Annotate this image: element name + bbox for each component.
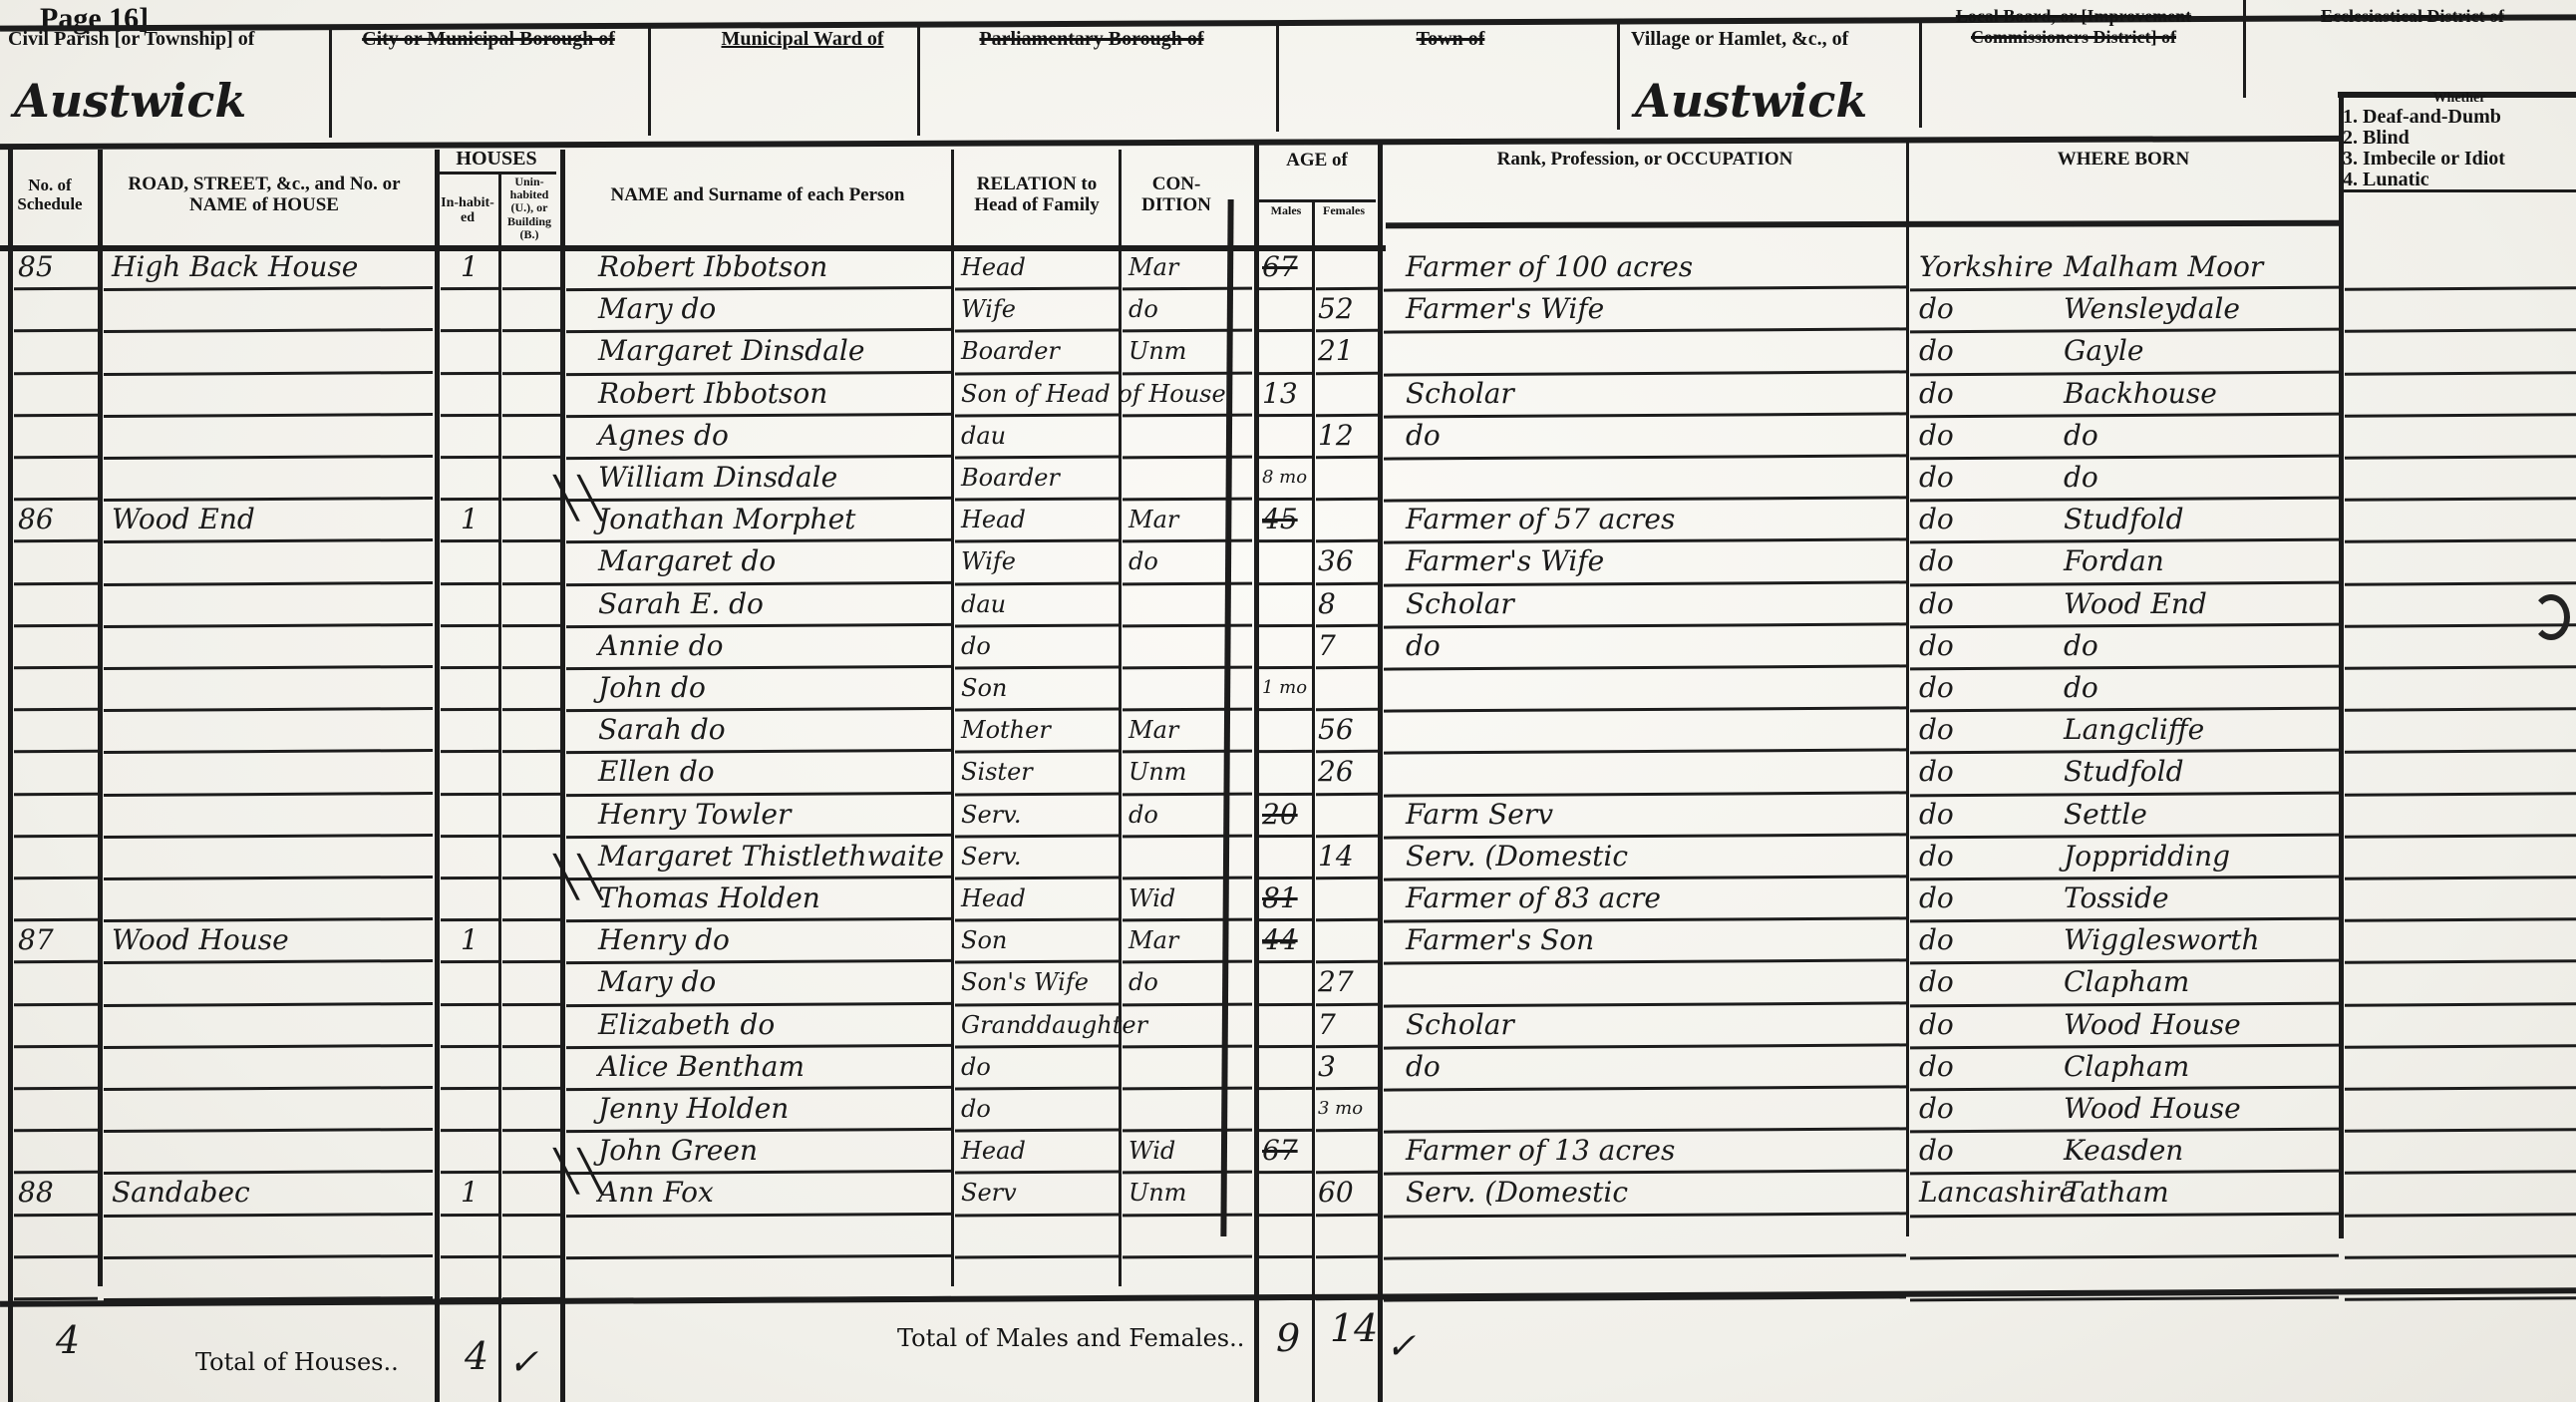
schedule-number [18, 331, 88, 373]
occupation: do [1406, 626, 1904, 668]
divider [917, 26, 920, 136]
female-age [1318, 458, 1378, 500]
female-age: 52 [1318, 289, 1378, 331]
house-name [112, 1005, 431, 1047]
marital-condition [1128, 1089, 1224, 1131]
male-age [1262, 416, 1312, 458]
disability-option-1: 1. Deaf-and-Dumb [2343, 107, 2576, 128]
marital-condition [1128, 1047, 1224, 1089]
marital-condition: Wid [1128, 1131, 1224, 1173]
birth-place: do [2064, 668, 2333, 710]
col-males: Males [1260, 203, 1312, 218]
female-age: 12 [1318, 416, 1378, 458]
marital-condition: Unm [1128, 331, 1224, 373]
table-row: 88Sandabec1Ann FoxServUnm60Serv. (Domest… [0, 1173, 2576, 1215]
table-row: Thomas HoldenHeadWid81Farmer of 83 acred… [0, 878, 2576, 920]
male-age [1262, 626, 1312, 668]
person-name [598, 1216, 947, 1257]
civil-parish-value: Austwick [14, 74, 246, 128]
schedule-number [18, 752, 88, 794]
birth-county [1919, 1216, 2049, 1257]
birth-county: do [1919, 584, 2049, 626]
relation-to-head [961, 1216, 1121, 1257]
relation-to-head: Head [961, 878, 1121, 920]
person-name: Ann Fox [598, 1173, 947, 1215]
town-label: Town of [1286, 22, 1615, 51]
schedule-number [18, 289, 88, 331]
birth-county: do [1919, 837, 2049, 878]
inhabited-count [461, 962, 490, 1004]
marital-condition [1128, 458, 1224, 500]
total-schedules: 4 [56, 1318, 80, 1362]
inhabited-count: 1 [461, 920, 490, 962]
birth-county: do [1919, 500, 2049, 541]
schedule-number [18, 1047, 88, 1089]
person-name: Agnes do [598, 416, 947, 458]
relation-to-head: Serv [961, 1173, 1121, 1215]
inhabited-count [461, 795, 490, 837]
occupation [1406, 668, 1904, 710]
col-inhabited: In-habit-ed [439, 175, 496, 245]
ecclesiastical-label: Ecclesiastical District of [2253, 0, 2572, 27]
occupation: Farm Serv [1406, 795, 1904, 837]
female-age: 56 [1318, 710, 1378, 752]
inhabited-count [461, 374, 490, 416]
female-age: 14 [1318, 837, 1378, 878]
total-males: 9 [1276, 1316, 1300, 1360]
person-name: Ellen do [598, 752, 947, 794]
table-row: Margaret doWifedo36Farmer's WifedoFordan [0, 541, 2576, 583]
disability-option-2: 2. Blind [2343, 128, 2576, 149]
person-name: Margaret do [598, 541, 947, 583]
inhabited-count: 1 [461, 1173, 490, 1215]
person-name: Mary do [598, 289, 947, 331]
house-name [112, 374, 431, 416]
occupation [1406, 710, 1904, 752]
marital-condition: Mar [1128, 920, 1224, 962]
schedule-number: 85 [18, 247, 88, 289]
marital-condition: Mar [1128, 710, 1224, 752]
male-age [1262, 289, 1312, 331]
household-marker-icon: ╲╲ [554, 476, 602, 522]
house-name [112, 626, 431, 668]
person-name: Henry do [598, 920, 947, 962]
birth-place: Studfold [2064, 752, 2333, 794]
inhabited-count [461, 458, 490, 500]
birth-place: Backhouse [2064, 374, 2333, 416]
person-name: Alice Bentham [598, 1047, 947, 1089]
inhabited-count [461, 541, 490, 583]
birth-place: Tosside [2064, 878, 2333, 920]
relation-to-head: Granddaughter [961, 1005, 1121, 1047]
female-age [1318, 374, 1378, 416]
marital-condition: do [1128, 962, 1224, 1004]
relation-to-head: Serv. [961, 837, 1121, 878]
marital-condition: Mar [1128, 247, 1224, 289]
male-age: 67 [1262, 1131, 1312, 1173]
male-age [1262, 331, 1312, 373]
birth-county: do [1919, 710, 2049, 752]
birth-place: Wood House [2064, 1005, 2333, 1047]
relation-to-head: Son of Head of House [961, 374, 1121, 416]
female-age [1318, 500, 1378, 541]
parliamentary-borough-cell: Parliamentary Borough of [927, 22, 1256, 140]
house-name [112, 1047, 431, 1089]
inhabited-count [461, 710, 490, 752]
birth-county: Lancashire [1919, 1173, 2049, 1215]
person-name: John Green [598, 1131, 947, 1173]
schedule-number [18, 1131, 88, 1173]
table-row: Mary doWifedo52Farmer's WifedoWensleydal… [0, 289, 2576, 331]
person-name [598, 1257, 947, 1299]
house-name [112, 416, 431, 458]
table-row [0, 1216, 2576, 1257]
male-age: 44 [1262, 920, 1312, 962]
col-females: Females [1314, 203, 1374, 218]
divider [1919, 20, 1922, 128]
col-schedule: No. of Schedule [6, 150, 94, 241]
table-row: Margaret ThistlethwaiteServ.14Serv. (Dom… [0, 837, 2576, 878]
inhabited-count [461, 331, 490, 373]
occupation: do [1406, 416, 1904, 458]
occupation [1406, 1216, 1904, 1257]
village-value: Austwick [1635, 74, 1867, 128]
table-row: 85High Back House1Robert IbbotsonHeadMar… [0, 247, 2576, 289]
relation-to-head: Wife [961, 289, 1121, 331]
relation-to-head: dau [961, 584, 1121, 626]
check-mark: ✓ [508, 1342, 538, 1383]
village-label: Village or Hamlet, &c., of [1625, 22, 1914, 51]
house-name: High Back House [112, 247, 431, 289]
relation-to-head: do [961, 1047, 1121, 1089]
female-age: 8 [1318, 584, 1378, 626]
divider [1617, 22, 1620, 130]
person-name: Henry Towler [598, 795, 947, 837]
birth-place: Fordan [2064, 541, 2333, 583]
age-rule [1258, 199, 1376, 202]
female-age [1318, 247, 1378, 289]
female-age: 60 [1318, 1173, 1378, 1215]
table-row: 87Wood House1Henry doSonMar44Farmer's So… [0, 920, 2576, 962]
table-row: Agnes dodau12dododo [0, 416, 2576, 458]
schedule-number [18, 878, 88, 920]
person-name: Annie do [598, 626, 947, 668]
person-name: Mary do [598, 962, 947, 1004]
birth-place: Wood End [2064, 584, 2333, 626]
inhabited-count [461, 626, 490, 668]
birth-county: do [1919, 962, 2049, 1004]
relation-to-head: Head [961, 247, 1121, 289]
house-name [112, 331, 431, 373]
birth-county: do [1919, 458, 2049, 500]
marital-condition [1128, 668, 1224, 710]
disability-option-3: 3. Imbecile or Idiot [2343, 149, 2576, 170]
female-age: 26 [1318, 752, 1378, 794]
birth-place [2064, 1216, 2333, 1257]
total-persons-label: Total of Males and Females.. [897, 1324, 1244, 1352]
birth-county: Yorkshire [1919, 247, 2049, 289]
relation-to-head: Head [961, 500, 1121, 541]
male-age [1262, 1047, 1312, 1089]
birth-county: do [1919, 289, 2049, 331]
birth-place: Studfold [2064, 500, 2333, 541]
male-age [1262, 541, 1312, 583]
birth-place: Gayle [2064, 331, 2333, 373]
house-name [112, 795, 431, 837]
female-age [1318, 1216, 1378, 1257]
birth-place: Joppridding [2064, 837, 2333, 878]
relation-to-head: dau [961, 416, 1121, 458]
house-name [112, 584, 431, 626]
schedule-number [18, 541, 88, 583]
occupation [1406, 1089, 1904, 1131]
marital-condition [1128, 374, 1224, 416]
female-age [1318, 878, 1378, 920]
household-marker-icon: ╲╲ [554, 1149, 602, 1195]
birth-place: do [2064, 416, 2333, 458]
male-age: 81 [1262, 878, 1312, 920]
house-name: Wood End [112, 500, 431, 541]
row-rule [2345, 1296, 2576, 1300]
col-relation: RELATION to Head of Family [957, 150, 1117, 241]
relation-to-head: Sister [961, 752, 1121, 794]
birth-county: do [1919, 331, 2049, 373]
male-age [1262, 1005, 1312, 1047]
col-age: AGE of [1258, 150, 1376, 172]
relation-to-head: do [961, 626, 1121, 668]
occupation [1406, 331, 1904, 373]
relation-to-head: Serv. [961, 795, 1121, 837]
birth-place: do [2064, 458, 2333, 500]
female-age [1318, 668, 1378, 710]
table-row: Mary doSon's Wifedo27doClapham [0, 962, 2576, 1004]
house-name [112, 1089, 431, 1131]
col-name: NAME and Surname of each Person [568, 150, 947, 241]
schedule-number [18, 1216, 88, 1257]
marital-condition: Mar [1128, 500, 1224, 541]
female-age [1318, 920, 1378, 962]
relation-to-head: Son [961, 920, 1121, 962]
male-age: 20 [1262, 795, 1312, 837]
person-name: William Dinsdale [598, 458, 947, 500]
schedule-number [18, 458, 88, 500]
male-age: 45 [1262, 500, 1312, 541]
schedule-number [18, 416, 88, 458]
birth-county: do [1919, 668, 2049, 710]
marital-condition: do [1128, 541, 1224, 583]
birth-place: Wigglesworth [2064, 920, 2333, 962]
birth-place: Wood House [2064, 1089, 2333, 1131]
birth-place: Tatham [2064, 1173, 2333, 1215]
table-row: Sarah E. dodau8ScholardoWood End [0, 584, 2576, 626]
divider [1276, 24, 1279, 132]
male-age [1262, 584, 1312, 626]
person-name: Elizabeth do [598, 1005, 947, 1047]
city-borough-label: City or Municipal Borough of [339, 22, 638, 51]
inhabited-count [461, 1005, 490, 1047]
municipal-ward-label: Municipal Ward of [658, 22, 947, 51]
schedule-number: 86 [18, 500, 88, 541]
ink-blot [2532, 594, 2570, 640]
relation-to-head: Boarder [961, 331, 1121, 373]
relation-to-head: Mother [961, 710, 1121, 752]
birth-county: do [1919, 1131, 2049, 1173]
occupation: Farmer's Son [1406, 920, 1904, 962]
birth-county: do [1919, 374, 2049, 416]
divider [329, 30, 332, 138]
municipal-ward-cell: Municipal Ward of [658, 22, 947, 140]
header-bottom-rule [2343, 189, 2576, 192]
marital-condition: do [1128, 289, 1224, 331]
schedule-number: 87 [18, 920, 88, 962]
male-age: 1 mo [1262, 668, 1312, 710]
table-row: Robert IbbotsonSon of Head of House13Sch… [0, 374, 2576, 416]
marital-condition: Unm [1128, 1173, 1224, 1215]
birth-county: do [1919, 1005, 2049, 1047]
occupation: Scholar [1406, 1005, 1904, 1047]
marital-condition [1128, 1257, 1224, 1299]
town-cell: Town of [1286, 22, 1615, 140]
birth-county: do [1919, 626, 2049, 668]
male-age [1262, 837, 1312, 878]
table-row: Alice Benthamdo3dodoClapham [0, 1047, 2576, 1089]
female-age: 3 [1318, 1047, 1378, 1089]
marital-condition [1128, 837, 1224, 878]
male-age [1262, 1257, 1312, 1299]
occupation: Serv. (Domestic [1406, 837, 1904, 878]
person-name: Jenny Holden [598, 1089, 947, 1131]
person-name: Sarah do [598, 710, 947, 752]
birth-county: do [1919, 1047, 2049, 1089]
occupation: Farmer of 83 acre [1406, 878, 1904, 920]
female-age [1318, 795, 1378, 837]
parliamentary-borough-label: Parliamentary Borough of [927, 22, 1256, 51]
relation-to-head: do [961, 1089, 1121, 1131]
house-name [112, 752, 431, 794]
inhabited-count [461, 1257, 490, 1299]
occupation: Farmer's Wife [1406, 541, 1904, 583]
inhabited-count [461, 752, 490, 794]
schedule-number [18, 962, 88, 1004]
col-occupation: Rank, Profession, or OCCUPATION [1386, 140, 1904, 179]
occupation [1406, 458, 1904, 500]
person-name: Robert Ibbotson [598, 247, 947, 289]
birth-place: Malham Moor [2064, 247, 2333, 289]
birth-place: Keasden [2064, 1131, 2333, 1173]
table-row: Ellen doSisterUnm26doStudfold [0, 752, 2576, 794]
city-borough-cell: City or Municipal Borough of [339, 22, 638, 140]
female-age: 7 [1318, 626, 1378, 668]
house-name [112, 837, 431, 878]
schedule-number [18, 1005, 88, 1047]
marital-condition [1128, 1005, 1224, 1047]
total-females: 14 [1330, 1306, 1378, 1350]
house-name [112, 1257, 431, 1299]
male-age: 8 mo [1262, 458, 1312, 500]
table-row: Annie dodo7dododo [0, 626, 2576, 668]
disability-title: Whether [2343, 92, 2576, 107]
civil-parish-cell: Civil Parish [or Township] of Austwick [0, 22, 329, 140]
birth-county: do [1919, 878, 2049, 920]
male-age [1262, 1216, 1312, 1257]
male-age [1262, 1089, 1312, 1131]
table-row: John GreenHeadWid67Farmer of 13 acresdoK… [0, 1131, 2576, 1173]
house-name [112, 289, 431, 331]
table-row: Margaret DinsdaleBoarderUnm21doGayle [0, 331, 2576, 373]
person-name: Sarah E. do [598, 584, 947, 626]
relation-to-head: Boarder [961, 458, 1121, 500]
table-row: Elizabeth doGranddaughter7ScholardoWood … [0, 1005, 2576, 1047]
person-name: Robert Ibbotson [598, 374, 947, 416]
divider [648, 28, 651, 136]
marital-condition [1128, 416, 1224, 458]
birth-county: do [1919, 1089, 2049, 1131]
local-board-label: Local Board, or [Improvement Commissione… [1924, 0, 2223, 48]
male-age: 67 [1262, 247, 1312, 289]
schedule-number [18, 374, 88, 416]
female-age: 3 mo [1318, 1089, 1378, 1131]
relation-to-head: Son [961, 668, 1121, 710]
relation-to-head: Head [961, 1131, 1121, 1173]
inhabited-count [461, 878, 490, 920]
female-age: 36 [1318, 541, 1378, 583]
marital-condition [1128, 584, 1224, 626]
schedule-number [18, 837, 88, 878]
male-age: 13 [1262, 374, 1312, 416]
inhabited-count [461, 289, 490, 331]
house-name: Wood House [112, 920, 431, 962]
house-name [112, 1216, 431, 1257]
inhabited-count [461, 837, 490, 878]
inhabited-count [461, 584, 490, 626]
inhabited-count [461, 416, 490, 458]
person-name: Margaret Dinsdale [598, 331, 947, 373]
schedule-number [18, 1257, 88, 1299]
occupation: Farmer's Wife [1406, 289, 1904, 331]
table-row: William DinsdaleBoarder8 mododo [0, 458, 2576, 500]
inhabited-count [461, 1047, 490, 1089]
schedule-number: 88 [18, 1173, 88, 1215]
col-where-born: WHERE BORN [1914, 140, 2333, 179]
inhabited-count: 1 [461, 247, 490, 289]
male-age [1262, 710, 1312, 752]
person-name: John do [598, 668, 947, 710]
village-cell: Village or Hamlet, &c., of Austwick [1625, 22, 1914, 140]
inhabited-count [461, 1089, 490, 1131]
occupation [1406, 962, 1904, 1004]
inhabited-count [461, 1216, 490, 1257]
birth-place: Clapham [2064, 962, 2333, 1004]
col-houses: HOUSES [437, 148, 556, 171]
female-age: 21 [1318, 331, 1378, 373]
schedule-number [18, 584, 88, 626]
person-name: Jonathan Morphet [598, 500, 947, 541]
table-row: John doSon1 mododo [0, 668, 2576, 710]
schedule-number [18, 710, 88, 752]
check-mark: ✓ [1386, 1326, 1416, 1367]
birth-place: Langcliffe [2064, 710, 2333, 752]
occupation: Farmer of 13 acres [1406, 1131, 1904, 1173]
birth-county: do [1919, 416, 2049, 458]
house-name [112, 710, 431, 752]
local-board-cell: Local Board, or [Improvement Commissione… [1924, 0, 2223, 118]
census-page: Page 16] Civil Parish [or Township] of A… [0, 0, 2576, 1402]
marital-condition: Wid [1128, 878, 1224, 920]
total-houses-value: 4 [465, 1334, 488, 1378]
occupation: Scholar [1406, 584, 1904, 626]
birth-county: do [1919, 920, 2049, 962]
table-row: Sarah doMotherMar56doLangcliffe [0, 710, 2576, 752]
